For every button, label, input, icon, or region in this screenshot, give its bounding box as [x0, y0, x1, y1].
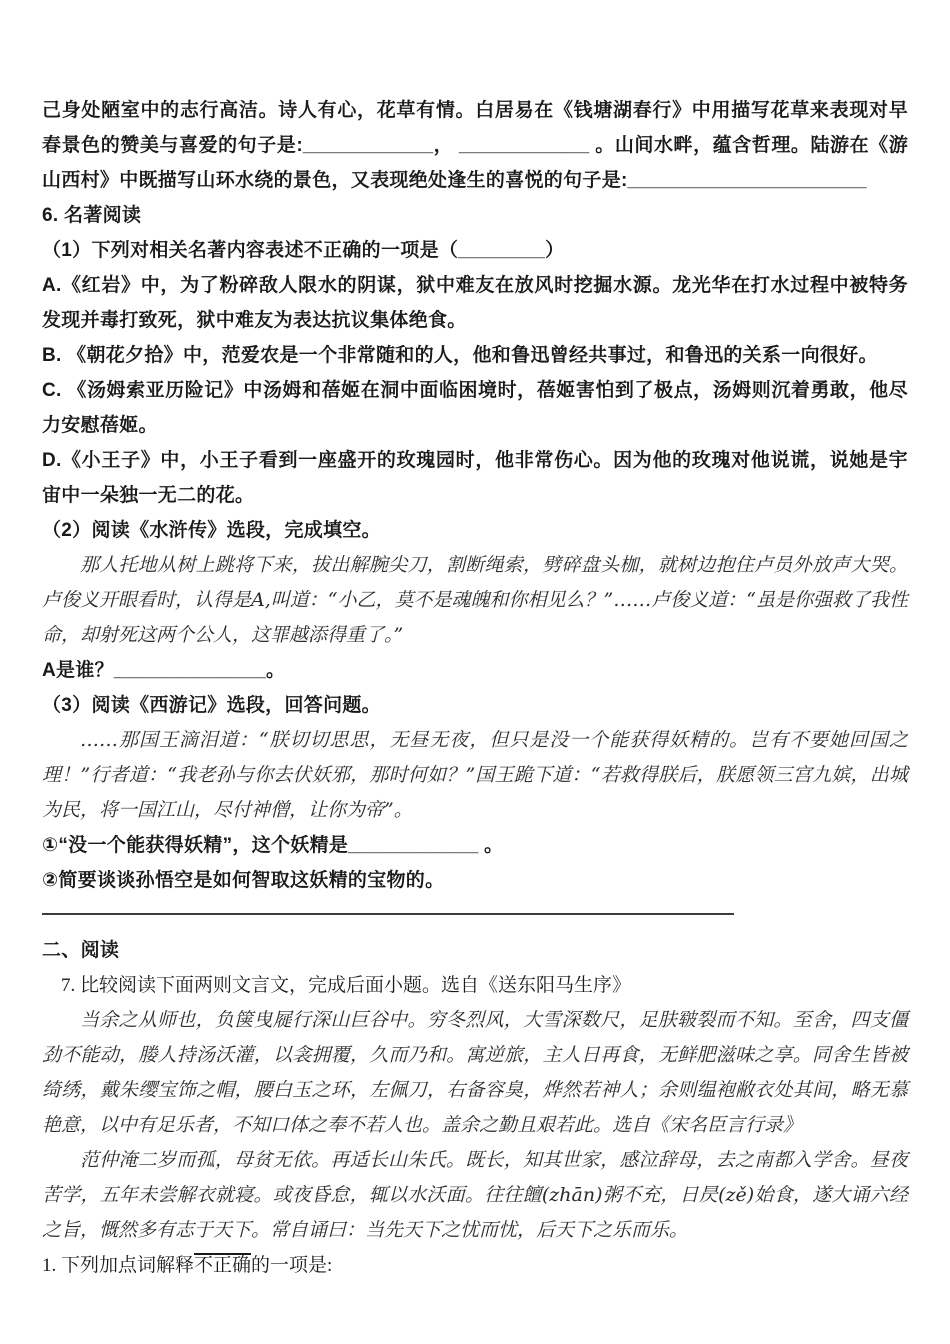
q6-title: 6. 名著阅读 — [42, 198, 908, 233]
answer-line — [42, 913, 734, 915]
q6-1-stem: （1）下列对相关名著内容表述不正确的一项是（________） — [42, 233, 908, 268]
answer-line-slot — [42, 898, 908, 933]
shuihu-excerpt: 那人托地从树上跳将下来，拔出解腕尖刀，割断绳索，劈碎盘头枷，就树边抱住卢员外放声… — [42, 548, 908, 653]
completion-question: 己身处陋室中的志行高洁。诗人有心，花草有情。白居易在《钱塘湖春行》中用描写花草来… — [42, 93, 908, 198]
q7-sub1-emphasis: 不正确 — [194, 1255, 251, 1276]
passage-songdongyang: 当余之从师也，负箧曳屣行深山巨谷中。穷冬烈风，大雪深数尺，足肤皲裂而不知。至舍，… — [42, 1003, 908, 1143]
q6-1-option-c: C. 《汤姆索亚历险记》中汤姆和蓓姬在洞中面临困境时，蓓姬害怕到了极点，汤姆则沉… — [42, 373, 908, 443]
xiyouji-excerpt: ……那国王滴泪道：“朕切切思思，无昼无夜，但只是没一个能获得妖精的。岂有不要她回… — [42, 723, 908, 828]
q6-1-option-d: D.《小王子》中，小王子看到一座盛开的玫瑰园时，他非常伤心。因为他的玫瑰对他说谎… — [42, 443, 908, 513]
passage-fanzhongyan: 范仲淹二岁而孤，母贫无依。再适长山朱氏。既长，知其世家，感泣辞母，去之南都入学舍… — [42, 1143, 908, 1248]
q7-sub1-suffix: 的一项是: — [251, 1255, 332, 1276]
exam-page: 己身处陋室中的志行高洁。诗人有心，花草有情。白居易在《钱塘湖春行》中用描写花草来… — [0, 0, 950, 1344]
q7-sub1-prefix: 1. 下列加点词解释 — [42, 1255, 194, 1276]
q6-2-blank-question: A是谁？______________。 — [42, 653, 908, 688]
q7-intro: 7. 比较阅读下面两则文言文，完成后面小题。选自《送东阳马生序》 — [42, 968, 908, 1003]
q6-1-option-b: B. 《朝花夕拾》中，范爱农是一个非常随和的人，他和鲁迅曾经共事过，和鲁迅的关系… — [42, 338, 908, 373]
q6-2-stem: （2）阅读《水浒传》选段，完成填空。 — [42, 513, 908, 548]
section2-title: 二、阅读 — [42, 933, 908, 968]
q6-1-option-a: A.《红岩》中，为了粉碎敌人限水的阴谋，狱中难友在放风时挖掘水源。龙光华在打水过… — [42, 268, 908, 338]
q6-3-sub1: ①“没一个能获得妖精”，这个妖精是____________ 。 — [42, 828, 908, 863]
q7-sub1: 1. 下列加点词解释不正确的一项是: — [42, 1248, 908, 1283]
q6-3-sub2: ②简要谈谈孙悟空是如何智取这妖精的宝物的。 — [42, 863, 908, 898]
q6-3-stem: （3）阅读《西游记》选段，回答问题。 — [42, 688, 908, 723]
